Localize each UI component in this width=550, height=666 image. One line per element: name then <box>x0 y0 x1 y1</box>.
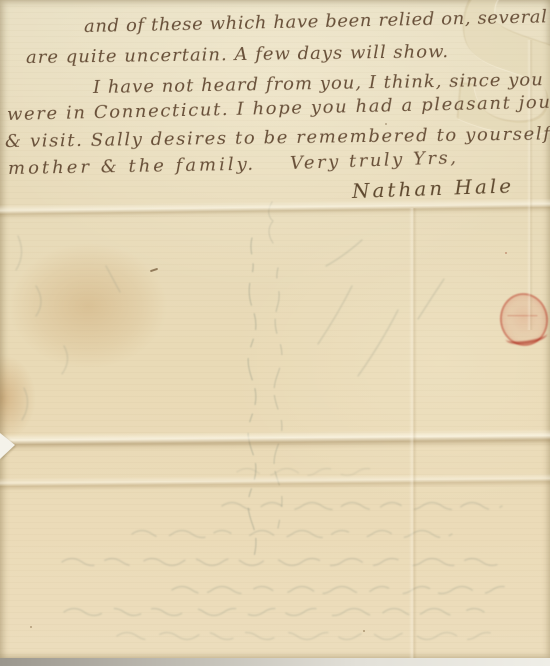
ink-speck <box>150 268 158 272</box>
ghost-writing-left <box>6 228 136 458</box>
ghost-writing-bottom <box>52 460 527 660</box>
letter-paper: S and of these which have been relied on… <box>0 0 550 658</box>
ghost-writing-vertical <box>238 198 318 570</box>
torn-edge-notch <box>0 433 15 459</box>
letter-line-6: mother & the family. <box>8 154 256 179</box>
red-postmark-seal-icon <box>497 290 550 349</box>
ink-speck <box>505 252 507 254</box>
ink-speck <box>30 626 32 628</box>
fold-crease-lower <box>0 473 550 491</box>
ink-speck <box>363 630 365 632</box>
fold-crease-middle <box>0 429 550 452</box>
ghost-writing-diagonal <box>298 224 468 434</box>
letter-closing: Very truly Yrs, <box>290 147 459 174</box>
letter-line-2: are quite uncertain. A few days will sho… <box>26 41 449 68</box>
letter-signature: Nathan Hale <box>352 173 515 203</box>
fold-crease-vertical-center <box>409 208 417 658</box>
fold-crease-upper <box>0 198 550 220</box>
ink-speck <box>385 123 387 125</box>
letter-scan: S and of these which have been relied on… <box>0 0 550 666</box>
